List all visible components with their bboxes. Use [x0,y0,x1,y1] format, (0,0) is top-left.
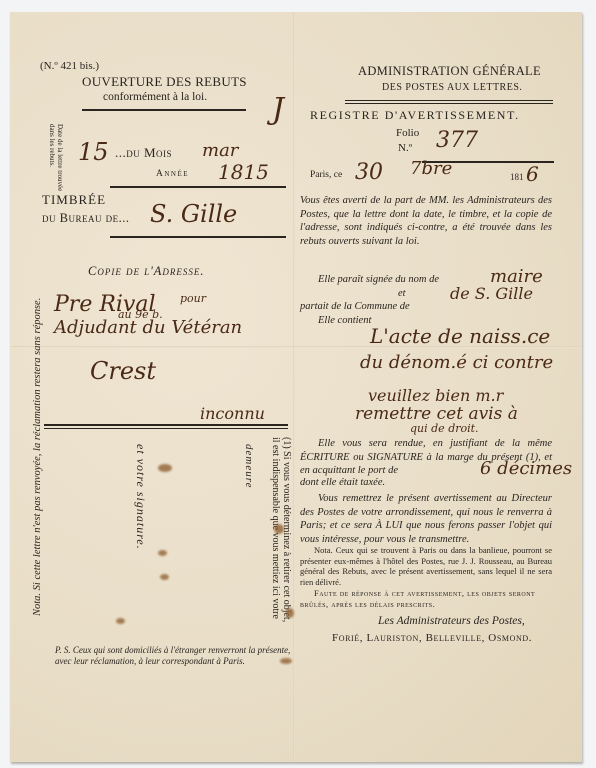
right-title: ADMINISTRATION GÉNÉRALE [358,64,541,79]
bureau-rule [110,236,286,238]
ink-stain [274,524,284,534]
year-value: 1815 [218,160,269,184]
place-label: Paris, ce [310,170,342,180]
left-header-rule [82,109,246,111]
signoff: Les Administrateurs des Postes, [378,615,525,627]
contents-line-1: L'acte de naiss.ce [370,324,550,348]
ink-stain [116,618,125,624]
contents-line-5: qui de droit. [410,422,479,435]
taxed-text: dont elle était taxée. [300,477,385,488]
date-rule [110,186,286,188]
contains-label: Elle contient [318,315,371,326]
number-label: N.º [398,142,412,154]
nota-vertical: Nota. Si cette lettre n'est pas renvoyée… [32,298,43,616]
date-side-note: Date de la lettre trouvée dans les rebut… [48,124,64,194]
folio-value: 377 [436,128,478,153]
signature-vertical: et votre signature. [133,444,148,550]
address-rule-top [44,424,288,426]
day-value: 15 [78,138,109,166]
origin-value: de S. Gille [450,284,533,303]
postscript: P. S. Ceux qui sont domiciliés à l'étran… [55,645,297,667]
address-line-suffix: pour [180,292,206,305]
notice-year-prefix: 181 [510,172,524,182]
instructions: Vous remettrez le présent avertissement … [300,492,552,546]
ink-stain [158,464,172,472]
warning: Faute de réponse à cet avertissement, le… [300,588,552,609]
address-status: inconnu [200,404,265,423]
ink-stain [280,658,292,664]
notice-year-suffix: 6 [526,162,539,186]
demeure-vertical: demeure [243,444,255,488]
month-value: mar [202,140,238,161]
address-rule-bottom [44,428,288,429]
notice-intro: Vous êtes averti de la part de MM. les A… [300,194,552,248]
paris-note: Nota. Ceux qui se trouvent à Paris ou da… [300,545,552,587]
contents-line-3: veuillez bien m.r [368,386,503,405]
address-line-rank: Adjudant du Vétéran [54,317,242,338]
folio-label: Folio [396,127,419,139]
bureau-value: S. Gille [150,200,237,228]
right-subtitle: DES POSTES AUX LETTRES. [382,82,522,93]
contents-line-4: remettre cet avis à [355,404,518,424]
form-number: (N.º 421 bis.) [40,60,99,72]
margin-mark: J [272,92,284,127]
administrator-names: Forié, Lauriston, Belleville, Osmond. [332,632,532,644]
header-double-rule-bottom [345,103,553,104]
bureau-label: du Bureau de... [42,211,129,226]
left-title: OUVERTURE DES REBUTS [82,74,247,90]
origin-label: partait de la Commune de [300,301,410,312]
contents-line-2: du dénom.é ci contre [360,352,553,373]
and-label: et [398,288,406,299]
document-sheet: (N.º 421 bis.) OUVERTURE DES REBUTS conf… [10,12,582,762]
left-subtitle: conformément à la loi. [103,91,207,103]
timbre-label: TIMBRÉE [42,192,106,208]
year-label: Année [156,169,189,179]
ink-stain [286,608,294,618]
address-line-town: Crest [90,357,156,385]
signed-label: Elle paraît signée du nom de [318,274,439,285]
header-double-rule-top [345,100,553,101]
register-title: REGISTRE D'AVERTISSEMENT. [310,108,520,123]
ink-stain [160,574,169,580]
notice-date-day: 30 [355,160,383,185]
postage-value: 6 décimes [480,458,572,479]
month-label: ...du Mois [115,145,172,161]
notice-date-month: 7bre [410,158,452,179]
ink-stain [158,550,167,556]
address-heading: Copie de l'Adresse. [88,264,205,279]
